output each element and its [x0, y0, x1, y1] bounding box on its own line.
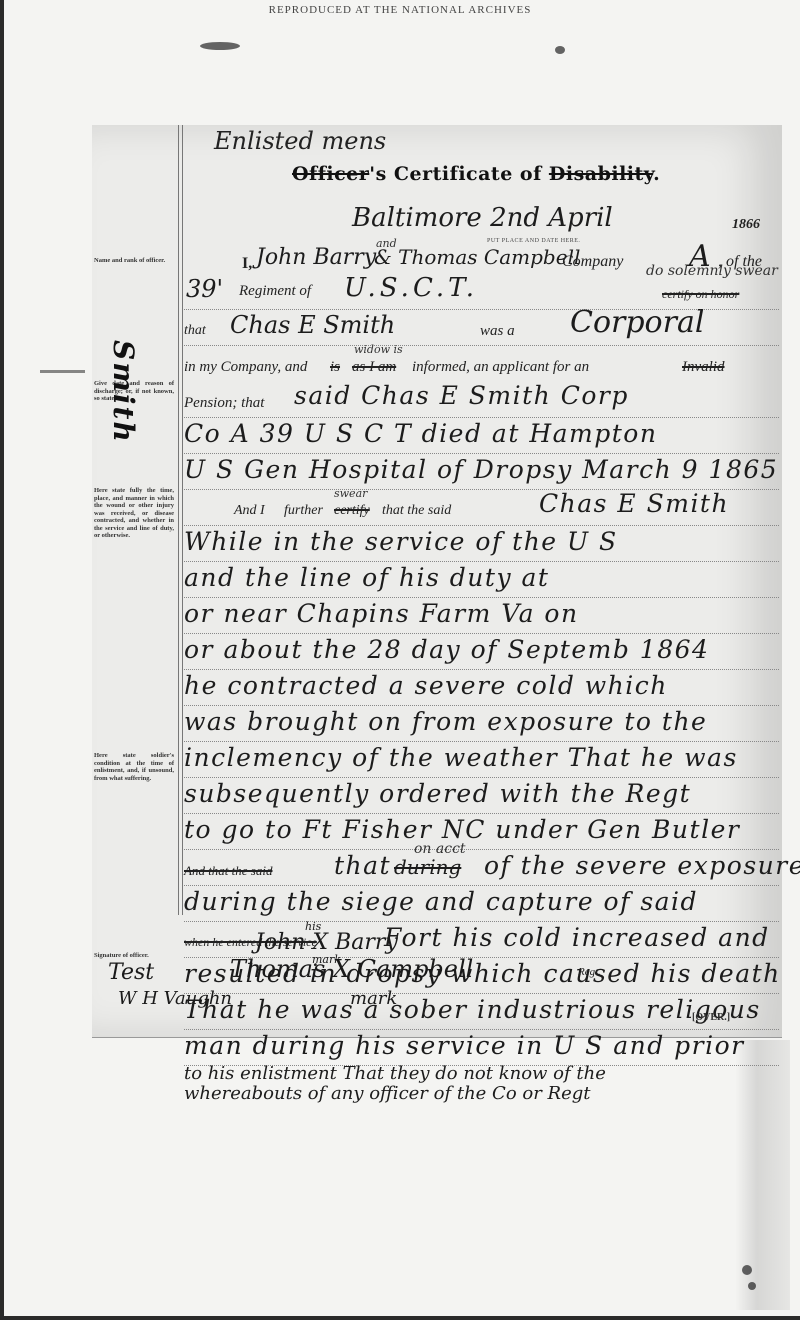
handwritten-text: to go to Ft Fisher NC under Gen Butler: [184, 815, 740, 844]
form-line-body: or about the 28 day of Septemb 1864: [184, 633, 779, 670]
ink-smudge: [200, 42, 240, 50]
margin-note-injury: Here state fully the time, place, and ma…: [94, 487, 174, 540]
attest-label: Test: [108, 960, 154, 985]
form-line-officers: I, John Barry and & Thomas Campbell Comp…: [184, 217, 779, 253]
form-line-soldier: that Chas E Smith was a Corporal: [184, 309, 779, 346]
scan-border-left: [0, 0, 4, 1320]
handwritten-text: While in the service of the U S: [184, 527, 618, 556]
handwritten-text: man during his service in U S and prior: [184, 1031, 745, 1060]
regiment-number: 39': [186, 275, 223, 303]
struck-printed-text: And that the said: [184, 863, 272, 879]
page-title: Officer's Certificate of Disability.: [292, 163, 660, 185]
form-line-pension: Pension; that said Chas E Smith Corp: [184, 381, 779, 418]
fold-line: [40, 370, 85, 373]
handwritten-text: That he was a sober industrious religous: [184, 995, 761, 1024]
handwritten-text: said Chas E Smith Corp: [294, 381, 629, 410]
handwritten-text: and the line of his duty at: [184, 563, 549, 592]
interlinear-text: do solemnly swear: [646, 263, 778, 279]
handwritten-text: whereabouts of any officer of the Co or …: [184, 1083, 591, 1104]
margin-note-signature: Signature of officer.: [94, 952, 174, 960]
handwritten-text: subsequently ordered with the Regt: [184, 779, 691, 808]
handwritten-text: or near Chapins Farm Va on: [184, 599, 579, 628]
printed-text: Company: [562, 253, 623, 271]
signature-thomas-campbell: Thomas X Campbell: [230, 955, 473, 983]
margin-note-name-rank: Name and rank of officer.: [94, 257, 174, 265]
handwritten-text: Fort his cold increased and: [384, 923, 770, 952]
title-struck-word-2: Disability: [549, 163, 653, 185]
form-line-body: That he was a sober industrious religous: [184, 993, 779, 1030]
form-line-body: during the siege and capture of said: [184, 885, 779, 922]
interlinear-text: swear: [334, 487, 367, 500]
soldier-name: Chas E Smith: [230, 311, 395, 339]
printed-text: further: [284, 503, 323, 519]
handwritten-text: he contracted a severe cold which: [184, 671, 668, 700]
handwritten-text: was brought on from exposure to the: [184, 707, 707, 736]
handwritten-text: Chas E Smith: [539, 489, 729, 518]
archive-stamp: REPRODUCED AT THE NATIONAL ARCHIVES: [0, 4, 800, 16]
handwritten-text: of the severe exposure: [484, 851, 800, 880]
struck-printed-text: as I am: [352, 359, 396, 376]
printed-text: Regiment of: [239, 283, 311, 300]
struck-printed-text: certify on honor: [662, 287, 739, 302]
form-line-body: or near Chapins Farm Va on: [184, 597, 779, 634]
handwritten-text: Co A 39 U S C T died at Hampton: [184, 419, 657, 448]
regt-label: Regt.: [578, 966, 601, 978]
certificate-form: Enlisted mens Officer's Certificate of D…: [92, 125, 782, 1038]
printed-text: I,: [242, 255, 252, 273]
form-line-hospital: U S Gen Hospital of Dropsy March 9 1865: [184, 453, 779, 490]
printed-text: Pension; that: [184, 395, 264, 412]
form-line-body: was brought on from exposure to the: [184, 705, 779, 742]
officer-name-2: & Thomas Campbell: [374, 245, 580, 269]
regiment-name: U.S.C.T.: [344, 273, 478, 303]
struck-handwritten-text: during: [394, 855, 461, 879]
handwritten-text: or about the 28 day of Septemb 1864: [184, 635, 709, 664]
margin-note-condition: Here state soldier's condition at the ti…: [94, 752, 174, 782]
interlinear-text: widow is: [354, 343, 403, 356]
printed-text: in my Company, and: [184, 359, 307, 376]
struck-printed-text: Invalid: [682, 359, 725, 376]
struck-printed-text: is: [330, 359, 340, 376]
form-line-body: he contracted a severe cold which: [184, 669, 779, 706]
ink-smudge: [555, 46, 565, 54]
title-end: .: [653, 163, 660, 185]
handwritten-text: that: [334, 851, 391, 880]
form-line-applicant: in my Company, and is widow is as I am i…: [184, 345, 779, 381]
struck-printed-text: certify: [334, 503, 370, 519]
soldier-rank: Corporal: [570, 305, 704, 340]
title-struck-word: Officer: [292, 163, 369, 185]
printed-text: informed, an applicant for an: [412, 359, 589, 376]
officer-name-1: John Barry: [256, 245, 376, 270]
over-label: [OVER.]: [692, 1012, 730, 1023]
printed-text: was a: [480, 323, 515, 340]
form-line-condition: And that the said that on acct during of…: [184, 849, 779, 886]
signature-2-mark-bottom: mark: [350, 988, 397, 1009]
form-line-body: inclemency of the weather That he was: [184, 741, 779, 778]
margin-rule: [182, 125, 183, 915]
signature-john-barry: John X Barry: [255, 930, 398, 955]
form-line-death: Co A 39 U S C T died at Hampton: [184, 417, 779, 454]
printed-text: that the said: [382, 503, 451, 519]
attest-signature: W H Vaughn: [118, 988, 232, 1009]
form-line-further: And I further swear certify that the sai…: [184, 489, 779, 526]
scan-border-bottom: [0, 1316, 800, 1320]
margin-rule: [178, 125, 179, 915]
form-line-body: subsequently ordered with the Regt: [184, 777, 779, 814]
form-line-body: whereabouts of any officer of the Co or …: [184, 1079, 779, 1115]
form-line-body: and the line of his duty at: [184, 561, 779, 598]
header-annotation: Enlisted mens: [214, 127, 386, 155]
handwritten-text: inclemency of the weather That he was: [184, 743, 738, 772]
printed-text: that: [184, 323, 206, 339]
form-line-body: While in the service of the U S: [184, 525, 779, 562]
printed-text: And I: [234, 503, 265, 519]
handwritten-text: U S Gen Hospital of Dropsy March 9 1865: [184, 455, 778, 484]
handwritten-text: during the siege and capture of said: [184, 887, 698, 916]
side-annotation: Smith: [107, 340, 140, 444]
form-line-body: to go to Ft Fisher NC under Gen Butler: [184, 813, 779, 850]
title-main: 's Certificate of: [369, 163, 541, 185]
